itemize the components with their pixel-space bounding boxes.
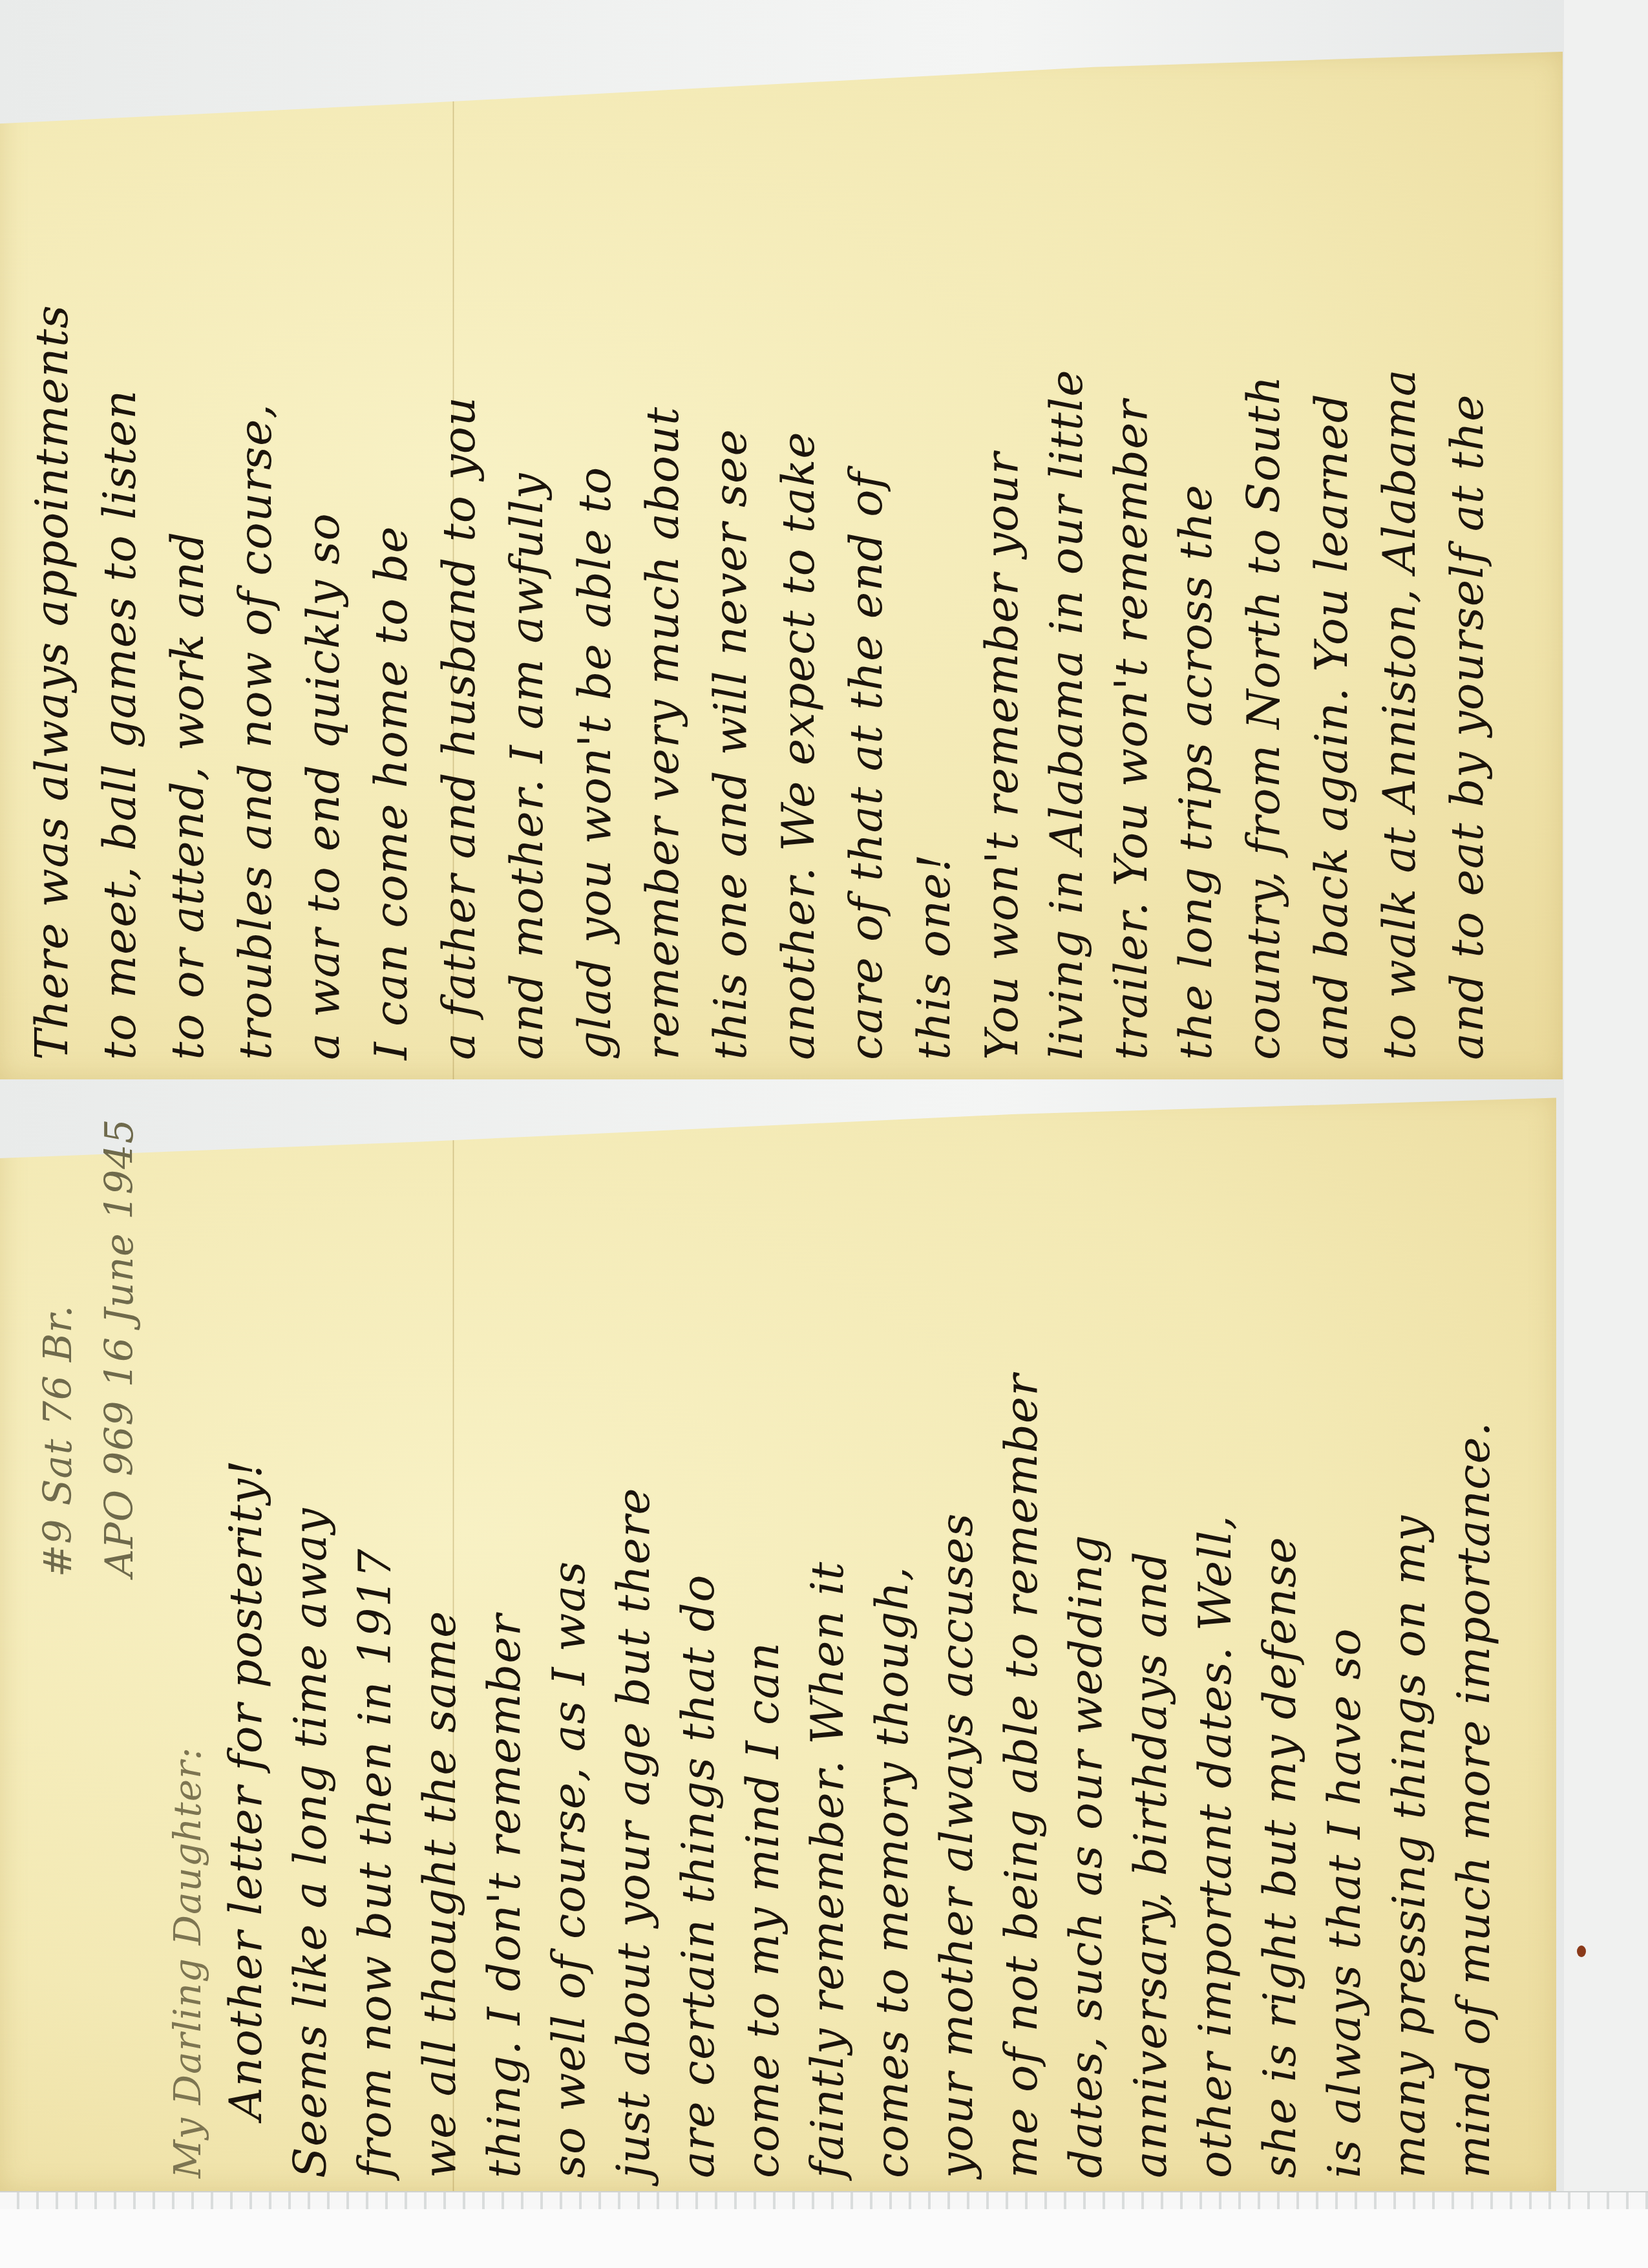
letter-line: dates, such as our wedding [1053, 1209, 1118, 2178]
letter-line: just about your age but there [601, 1209, 666, 2178]
letter-line: a war to end quickly so [291, 90, 355, 1060]
salutation: My Darling Daughter: [155, 1209, 220, 2178]
letter-line: Another letter for posterity! [213, 1150, 278, 2120]
letter-line: many pressing things on my [1377, 1209, 1441, 2178]
letter-line: she is right but my defense [1247, 1209, 1312, 2178]
letter-line: from now but then in 1917 [343, 1209, 407, 2178]
scanner-margin [1564, 0, 1648, 2268]
letter-date: APO 969 16 June 1945 [87, 608, 152, 1577]
letter-line: me of not being able to remember [989, 1209, 1053, 2178]
letter-line: faintly remember. When it [795, 1209, 860, 2178]
letter-line: this one! [902, 90, 966, 1060]
letter-line: anniversary, birthdays and [1118, 1209, 1183, 2178]
letter-line: this one and will never see [698, 90, 763, 1060]
letter-line: Seems like a long time away [278, 1209, 343, 2178]
letter-line: to walk at Anniston, Alabama [1367, 90, 1431, 1060]
letter-line: the long trips across the [1163, 90, 1228, 1060]
letter-line: to or attend, work and [155, 90, 220, 1060]
letter-line: and to eat by yourself at the [1435, 90, 1499, 1060]
letter-line: mind of much more importance. [1441, 1209, 1506, 2178]
scanner-bed [0, 2209, 1648, 2268]
ink-stain [1577, 1945, 1586, 1957]
letter-line: I can come home to be [359, 90, 423, 1060]
letter-line: another. We expect to take [766, 90, 830, 1060]
letter-line: care of that at the end of [834, 90, 898, 1060]
letter-line: trailer. You won't remember [1099, 90, 1163, 1060]
letter-line: glad you won't be able to [562, 90, 627, 1060]
letter-line: remember very much about [630, 90, 695, 1060]
letter-line: come to my mind I can [730, 1209, 795, 2178]
letter-line: is always that I have so [1312, 1209, 1377, 2178]
letter-line: country, from North to South [1231, 90, 1296, 1060]
letter-line: a father and husband to you [427, 90, 491, 1060]
letter-line: other important dates. Well, [1183, 1209, 1247, 2178]
letter-line: we all thought the same [407, 1209, 472, 2178]
letter-line: troubles and now of course, [223, 90, 288, 1060]
letter-line: and mother. I am awfully [494, 90, 559, 1060]
letter-line: comes to memory though, [860, 1209, 924, 2178]
letter-line: living in Alabama in our little [1034, 90, 1099, 1060]
letter-line: are certain things that do [666, 1209, 730, 2178]
letter-line: thing. I don't remember [472, 1209, 536, 2178]
letter-line: so well of course, as I was [536, 1209, 601, 2178]
letter-line: You won't remember your [969, 90, 1034, 1060]
letter-line: your mother always accuses [924, 1209, 989, 2178]
letter-line: and back again. You learned [1299, 90, 1364, 1060]
letter-number: #9 Sat 76 Br. [26, 608, 90, 1577]
